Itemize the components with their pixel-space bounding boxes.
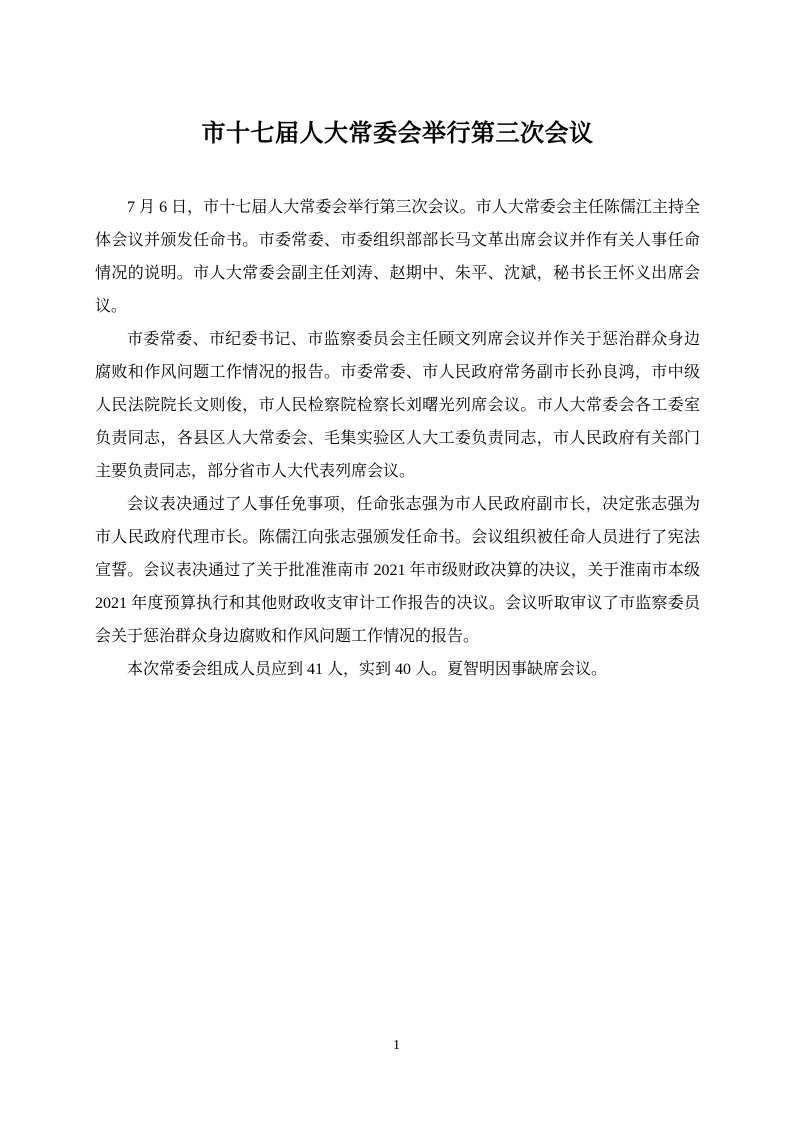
document-title: 市十七届人大常委会举行第三次会议 xyxy=(95,117,700,151)
paragraph-3: 会议表决通过了人事任免事项，任命张志强为市人民政府副市长，决定张志强为市人民政府… xyxy=(95,488,700,653)
page-number: 1 xyxy=(0,1038,793,1054)
paragraph-2: 市委常委、市纪委书记、市监察委员会主任顾文列席会议并作关于惩治群众身边腐败和作风… xyxy=(95,323,700,488)
paragraph-1: 7 月 6 日，市十七届人大常委会举行第三次会议。市人大常委会主任陈儒江主持全体… xyxy=(95,191,700,323)
paragraph-4: 本次常委会组成人员应到 41 人，实到 40 人。夏智明因事缺席会议。 xyxy=(95,653,700,686)
document-body: 市十七届人大常委会举行第三次会议 7 月 6 日，市十七届人大常委会举行第三次会… xyxy=(95,117,700,686)
document-page: 市十七届人大常委会举行第三次会议 7 月 6 日，市十七届人大常委会举行第三次会… xyxy=(0,0,793,1122)
